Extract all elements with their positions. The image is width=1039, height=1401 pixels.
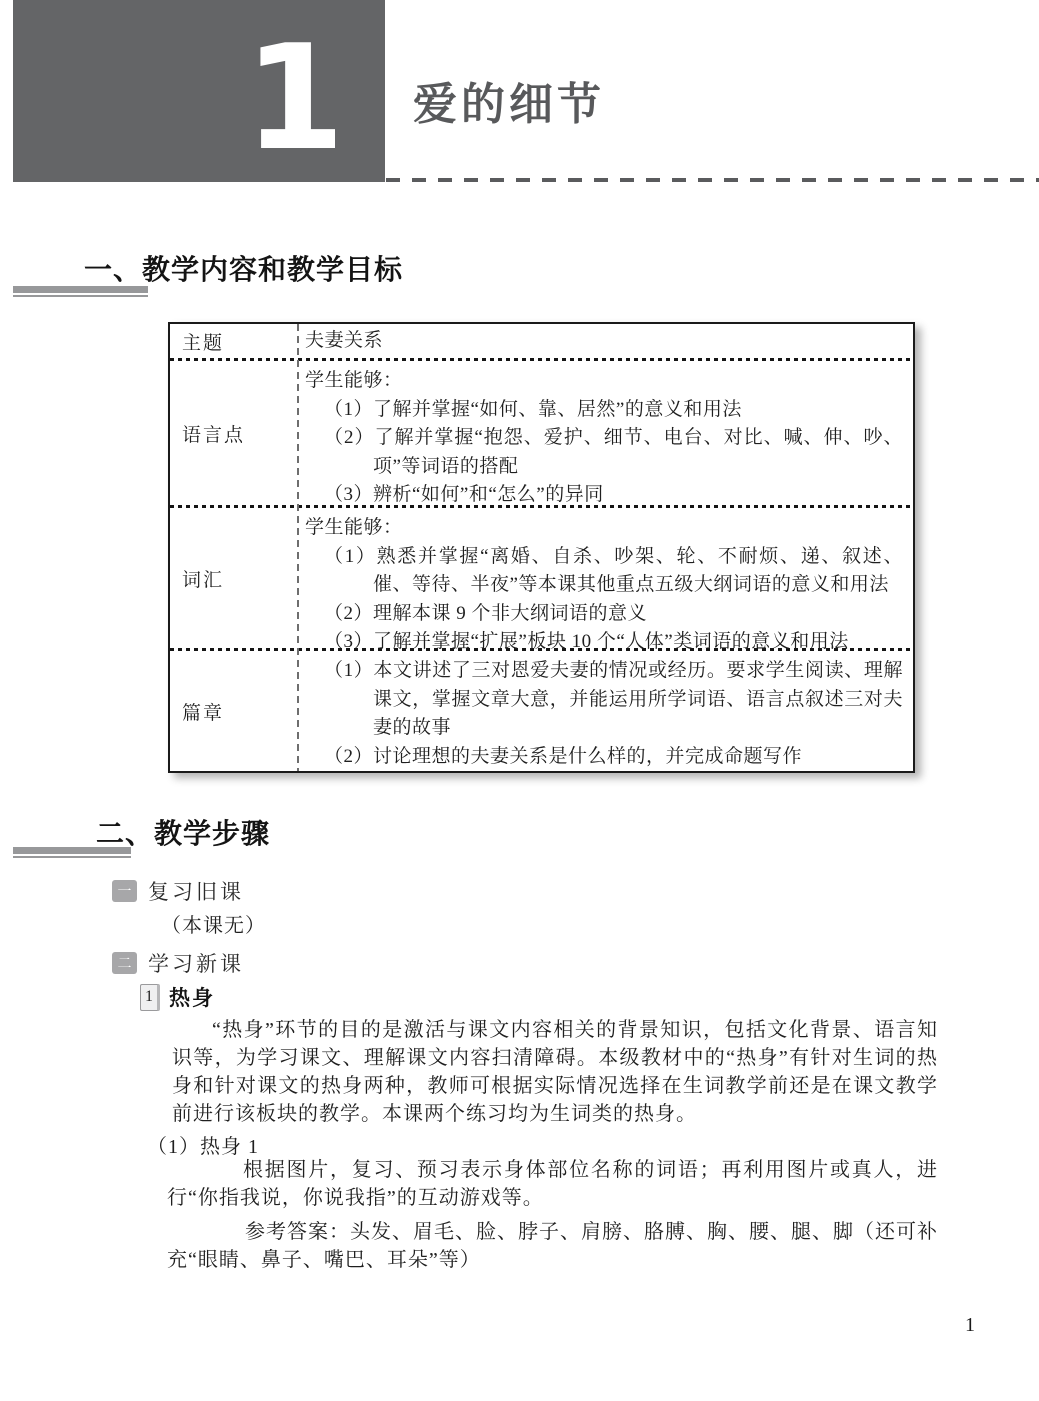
- row-content: 学生能够： （1）了解并掌握“如何、靠、居然”的意义和用法 （2）了解并掌握“抱…: [297, 361, 913, 514]
- row-label: 主题: [170, 328, 297, 355]
- step-review-old-lesson: 一 复习旧课: [112, 876, 244, 906]
- step-learn-new-lesson: 二 学习新课: [112, 948, 244, 978]
- step-number-badge: 二: [112, 952, 137, 974]
- step-title: 学习新课: [148, 948, 244, 978]
- warmup-intro-paragraph: “热身”环节的目的是激活与课文内容相关的背景知识，包括文化背景、语言知识等，为学…: [172, 1016, 938, 1128]
- step-review-note: （本课无）: [161, 909, 266, 938]
- cell-item: （1）熟悉并掌握“离婚、自杀、吵架、轮、不耐烦、递、叙述、催、等待、半夜”等本课…: [305, 543, 903, 600]
- row-label: 篇章: [170, 698, 297, 725]
- chapter-number-block: 1: [13, 0, 385, 182]
- cell-item: （2）理解本课 9 个非大纲词语的意义: [305, 600, 903, 629]
- row-content: （1）本文讲述了三对恩爱夫妻的情况或经历。要求学生阅读、理解课文，掌握文章大意，…: [297, 651, 913, 775]
- warmup-exercise1-instructions: 根据图片，复习、预习表示身体部位名称的词语；再利用图片或真人，进行“你指我说，你…: [167, 1156, 938, 1212]
- cell-item: （1）了解并掌握“如何、靠、居然”的意义和用法: [305, 396, 903, 425]
- cell-intro: 学生能够：: [305, 367, 903, 396]
- cell-item: （2）讨论理想的夫妻关系是什么样的，并完成命题写作: [305, 743, 903, 772]
- table-row-text: 篇章 （1）本文讲述了三对恩爱夫妻的情况或经历。要求学生阅读、理解课文，掌握文章…: [170, 651, 913, 771]
- cell-text: 夫妻关系: [305, 327, 903, 356]
- step-number-badge: 一: [112, 880, 137, 902]
- bar-thin: [13, 856, 131, 858]
- cell-item: （3）辨析“如何”和“怎么”的异同: [305, 481, 903, 510]
- objectives-table: 主题 夫妻关系 语言点 学生能够： （1）了解并掌握“如何、靠、居然”的意义和用…: [168, 322, 915, 773]
- chapter-title: 爱的细节: [413, 68, 605, 132]
- warmup-number-badge: 1: [140, 984, 160, 1011]
- chapter-dashed-line: [386, 178, 1039, 182]
- cell-intro: 学生能够：: [305, 514, 903, 543]
- table-row-theme: 主题 夫妻关系: [170, 324, 913, 358]
- row-content: 夫妻关系: [297, 327, 913, 356]
- chapter-number: 1: [244, 26, 345, 171]
- warmup-exercise1-label: （1）热身 1: [147, 1130, 259, 1159]
- row-label: 词汇: [170, 565, 297, 592]
- cell-item: （1）本文讲述了三对恩爱夫妻的情况或经历。要求学生阅读、理解课文，掌握文章大意，…: [305, 657, 903, 743]
- step-title: 复习旧课: [148, 876, 244, 906]
- warmup-title: 热身: [169, 982, 215, 1012]
- warmup-heading: 1 热身: [140, 982, 215, 1012]
- table-row-vocabulary: 词汇 学生能够： （1）熟悉并掌握“离婚、自杀、吵架、轮、不耐烦、递、叙述、催、…: [170, 508, 913, 648]
- row-label: 语言点: [170, 420, 297, 447]
- row-content: 学生能够： （1）熟悉并掌握“离婚、自杀、吵架、轮、不耐烦、递、叙述、催、等待、…: [297, 508, 913, 661]
- cell-item: （2）了解并掌握“抱怨、爱护、细节、电台、对比、喊、伸、吵、项”等词语的搭配: [305, 424, 903, 481]
- bar-thin: [13, 295, 148, 297]
- table-row-language-points: 语言点 学生能够： （1）了解并掌握“如何、靠、居然”的意义和用法 （2）了解并…: [170, 361, 913, 505]
- section-heading-steps: 二、教学步骤: [96, 812, 270, 852]
- section-heading-bar: [13, 286, 148, 297]
- bar-thick: [13, 286, 148, 293]
- section-heading-objectives: 一、教学内容和教学目标: [84, 248, 403, 288]
- warmup-exercise1-answer: 参考答案：头发、眉毛、脸、脖子、肩膀、胳膊、胸、腰、腿、脚（还可补充“眼睛、鼻子…: [167, 1218, 938, 1274]
- table-column-divider: [297, 324, 299, 771]
- bar-thick: [13, 847, 131, 854]
- section-heading-bar: [13, 847, 131, 858]
- page-number: 1: [965, 1314, 975, 1337]
